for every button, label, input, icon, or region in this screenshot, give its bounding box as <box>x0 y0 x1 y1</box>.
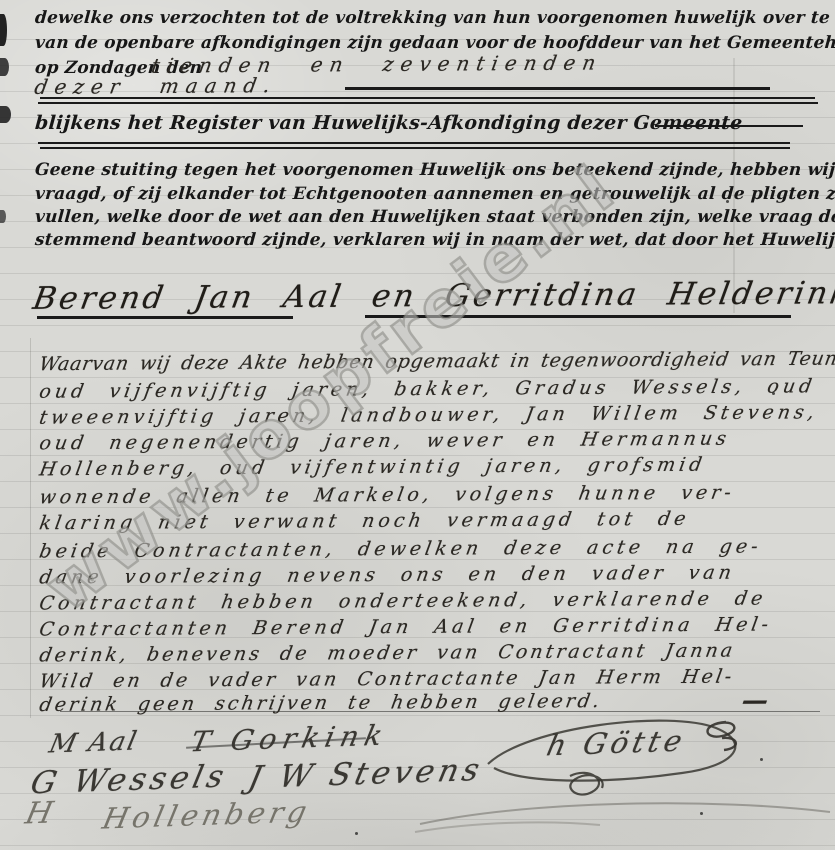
body-line-6: wonende allen te Markelo, volgens hunne … <box>38 482 737 509</box>
ink-speck <box>760 758 763 761</box>
separator-line-a2 <box>38 102 818 104</box>
signature-t-gorkink: T Gorkink <box>188 719 392 759</box>
ink-speck <box>726 200 729 203</box>
signature-hollenberg: Hollenberg <box>100 794 314 835</box>
pencil-arc-marks <box>415 792 835 838</box>
body-line-11: Contractanten Berend Jan Aal en Gerritdi… <box>38 613 774 640</box>
body-line-13: Wild en de vader van Contractante Jan He… <box>38 666 737 693</box>
edge-artifact <box>0 14 7 46</box>
printed-register-line: blijkens het Register van Huwelijks-Afko… <box>34 112 743 135</box>
edge-artifact <box>0 58 9 76</box>
signature-h-initial: H <box>22 796 58 832</box>
body-line-1: Waarvan wij deze Akte hebben opgemaakt i… <box>38 347 835 375</box>
body-line-3: tweeenvijftig jaren, landbouwer, Jan Wil… <box>38 401 820 428</box>
edge-artifact <box>0 106 11 123</box>
left-margin-line <box>30 338 31 718</box>
signature-m-aal: M Aal <box>46 726 141 759</box>
filler-line-dates <box>345 87 770 90</box>
body-line-7: klaring niet verwant noch vermaagd tot d… <box>38 508 692 535</box>
names-underline-2 <box>365 315 791 318</box>
declaration-line-3: vullen, welke door de wet aan den Huweli… <box>34 207 835 227</box>
ink-speck <box>772 392 775 395</box>
marriage-record-scan: dewelke ons verzochten tot de voltrekkin… <box>0 0 835 850</box>
ink-speck <box>355 832 358 835</box>
body-line-2: oud vijfenvijftig jaren, bakker, Gradus … <box>38 375 818 402</box>
signature-jw-stevens: J W Stevens <box>245 752 486 796</box>
printed-line-2: van de openbare afkondigingen zijn gedaa… <box>34 33 835 53</box>
body-line-10: Contractant hebben onderteekend, verklar… <box>38 587 769 614</box>
separator-line-b2 <box>40 147 790 149</box>
ink-speck <box>700 812 703 815</box>
declaration-line-1: Geene stuiting tegen het voorgenomen Huw… <box>34 160 835 180</box>
body-line-5: Hollenberg, oud vijfentwintig jaren, gro… <box>38 454 708 481</box>
edge-artifact <box>0 210 6 223</box>
official-signature-flourish-icon <box>470 706 760 806</box>
body-line-9: dane voorlezing nevens ons en den vader … <box>38 562 737 589</box>
handwritten-couple-names: Berend Jan Aal en Gerritdina Helderink. <box>30 275 835 317</box>
body-line-4: oud negenendertig jaren, wever en Herman… <box>38 428 732 455</box>
separator-line-b1 <box>38 142 790 144</box>
declaration-line-2: vraagd, of zij elkander tot Echtgenooten… <box>34 184 835 204</box>
printed-line-1: dewelke ons verzochten tot de voltrekkin… <box>34 8 835 28</box>
body-line-12: derink, benevens de moeder van Contracta… <box>38 640 737 667</box>
declaration-line-4: stemmend beantwoord zijnde, verklaren wi… <box>34 230 835 250</box>
handwritten-sundays-dates-2: dezer maand. <box>33 73 279 99</box>
body-line-8: beide Contractanten, dewelken deze acte … <box>38 535 764 562</box>
